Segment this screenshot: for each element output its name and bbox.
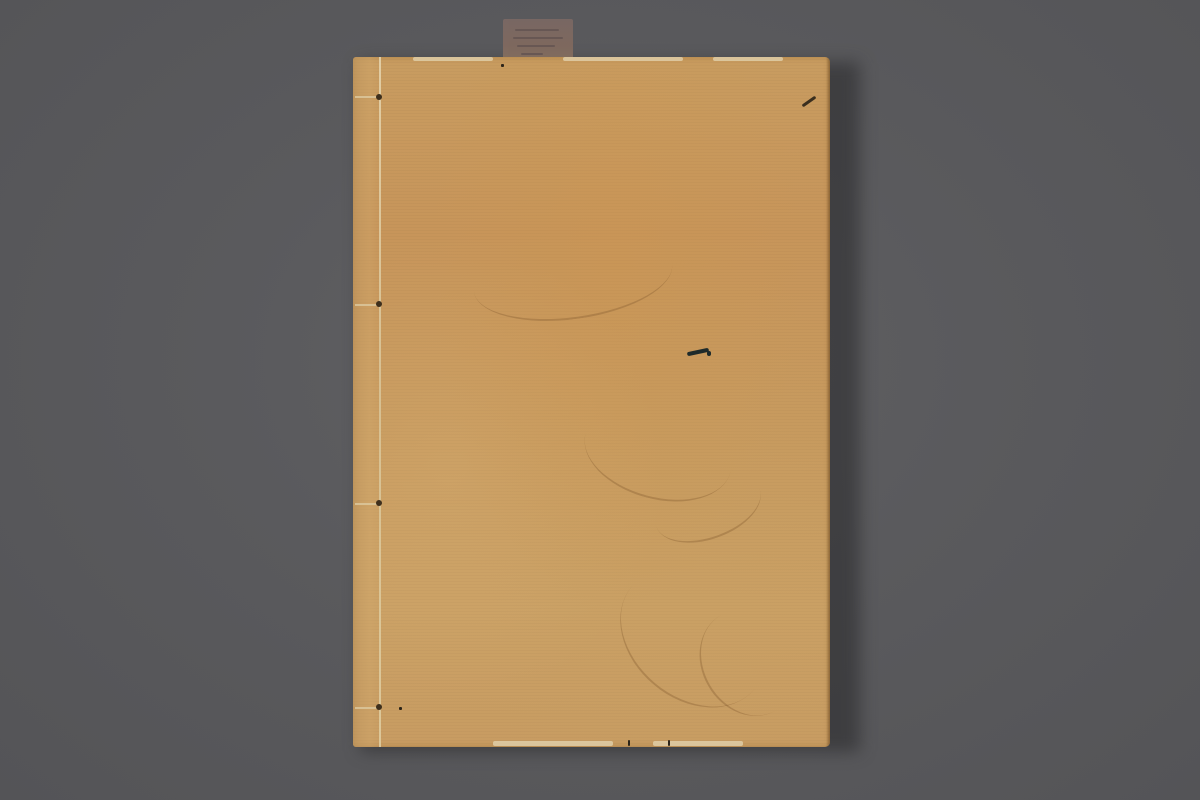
edge-wear xyxy=(653,741,743,746)
slip-writing-line xyxy=(517,45,555,47)
ink-speck xyxy=(501,64,504,67)
edge-wear xyxy=(493,741,613,746)
damage-mark xyxy=(707,351,711,356)
edge-wear xyxy=(713,57,783,61)
stitch-hole xyxy=(376,704,382,710)
ink-speck xyxy=(668,740,670,746)
slip-writing-line xyxy=(515,29,559,31)
stitch-hole xyxy=(376,94,382,100)
damage-mark xyxy=(687,348,709,356)
slip-writing-line xyxy=(521,53,543,55)
cover-right-edge xyxy=(826,57,830,747)
binding-thread xyxy=(379,57,381,747)
slip-writing-line xyxy=(513,37,563,39)
edge-wear xyxy=(413,57,493,61)
corner-curl-mark xyxy=(802,96,817,108)
ink-speck xyxy=(628,740,630,746)
ink-speck xyxy=(399,707,402,710)
book-cover xyxy=(353,57,830,747)
spine-band xyxy=(353,57,381,747)
stitch-hole xyxy=(376,301,382,307)
stitch-hole xyxy=(376,500,382,506)
cover-crease xyxy=(468,223,677,332)
edge-wear xyxy=(563,57,683,61)
